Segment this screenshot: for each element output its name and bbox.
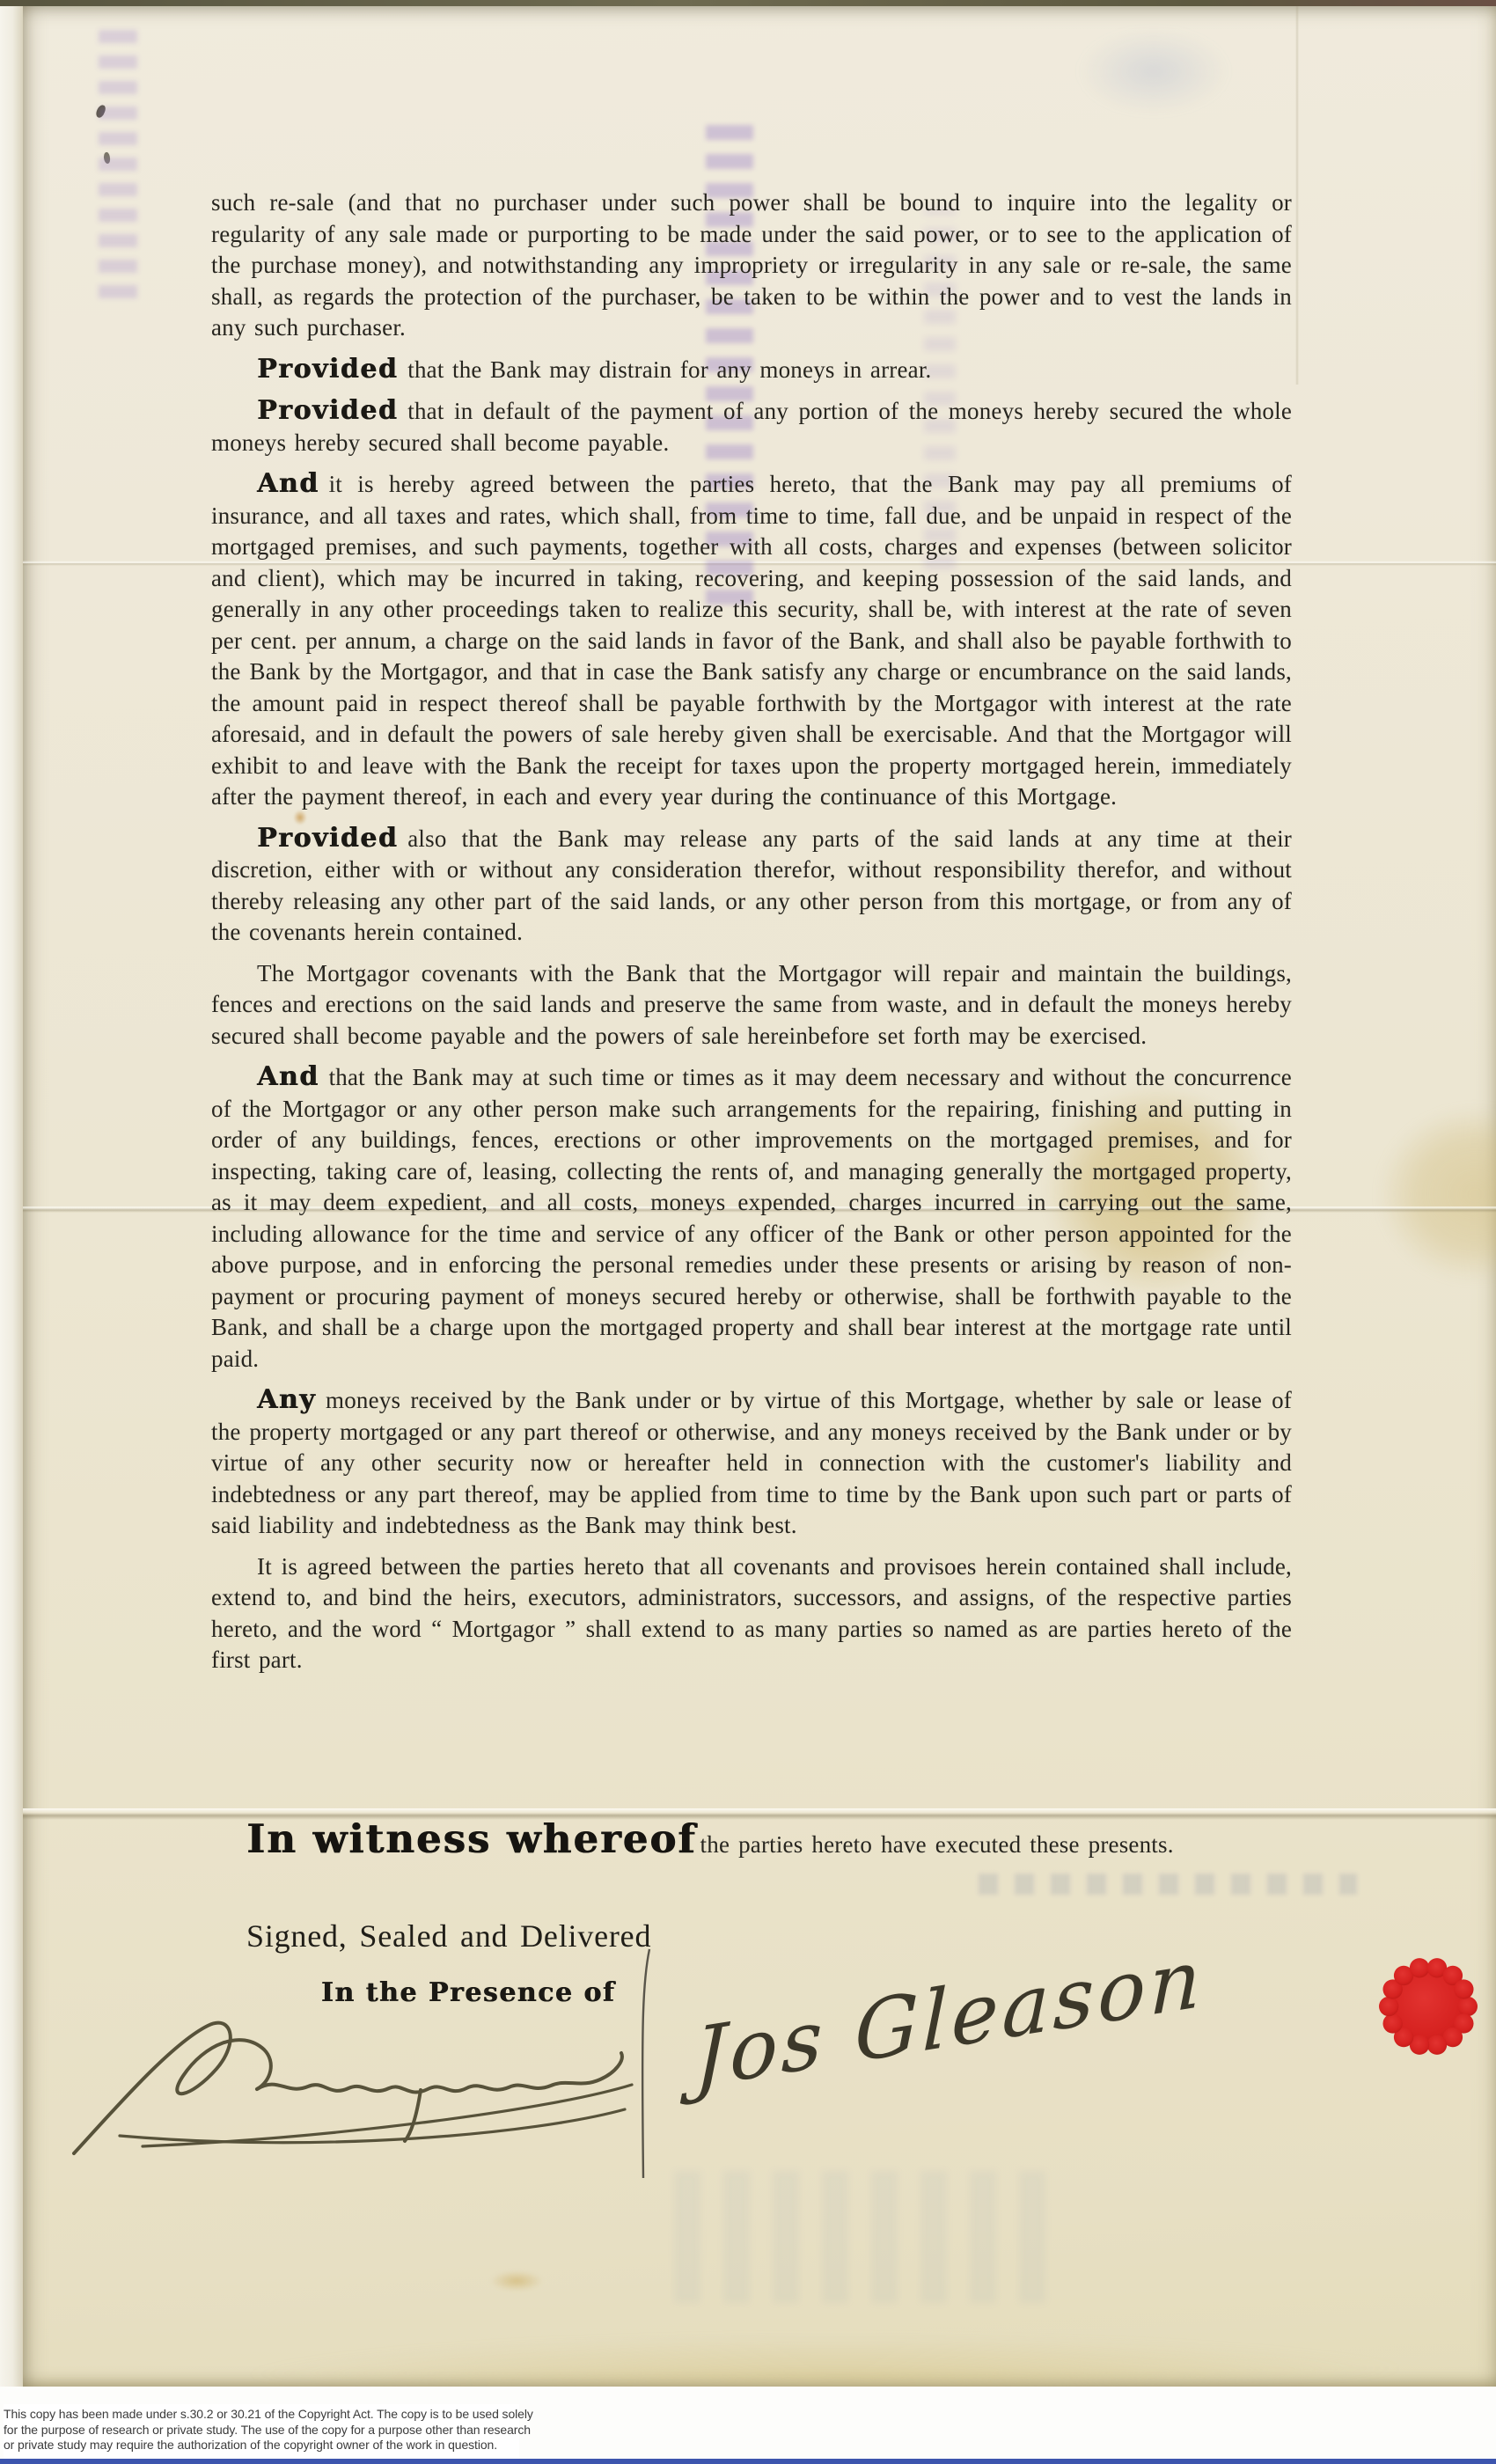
ink-speck — [103, 151, 112, 164]
witness-signature-handwritten — [58, 2002, 656, 2187]
scan-footer-area: This copy has been made under s.30.2 or … — [0, 2387, 1496, 2459]
clause-text: moneys received by the Bank under or by … — [211, 1387, 1292, 1538]
gothic-lead-word: Provided — [257, 354, 407, 385]
copyright-notice: This copy has been made under s.30.2 or … — [4, 2404, 519, 2460]
stain-mark — [488, 2270, 546, 2292]
clause-text: such re-sale (and that no purchaser unde… — [211, 189, 1292, 341]
scan-top-edge — [0, 0, 1496, 6]
witness-clause-text: the parties hereto have executed these p… — [700, 1831, 1174, 1858]
ink-speck — [95, 104, 106, 119]
red-wafer-seal — [1379, 1957, 1478, 2056]
bleedthrough-text-mark — [979, 1874, 1357, 1895]
copyright-line: This copy has been made under s.30.2 or … — [4, 2407, 519, 2423]
clause-text: The Mortgagor covenants with the Bank th… — [211, 960, 1292, 1049]
bleedthrough-smudge — [1079, 29, 1228, 114]
copyright-line: for the purpose of research or private s… — [4, 2423, 519, 2438]
party-signature-handwritten: Jos Gleason — [692, 1920, 1268, 2189]
clause-and-premiums: Andit is hereby agreed between the parti… — [211, 468, 1292, 813]
clause-text: It is agreed between the parties hereto … — [211, 1553, 1292, 1674]
gothic-lead-word: Any — [257, 1384, 326, 1415]
gothic-witness-heading: In witness whereof — [246, 1815, 697, 1862]
clause-mortgagor-covenants: The Mortgagor covenants with the Bank th… — [211, 958, 1292, 1052]
witness-clause: In witness whereof the parties hereto ha… — [246, 1815, 1338, 1862]
bleedthrough-text-mark — [674, 2171, 1052, 2303]
clause-text: it is hereby agreed between the parties … — [211, 471, 1292, 810]
clause-provided-distrain: Providedthat the Bank may distrain for a… — [211, 354, 1292, 386]
clause-covenants-bind-heirs: It is agreed between the parties hereto … — [211, 1551, 1292, 1676]
gothic-lead-word: Provided — [257, 395, 407, 426]
clause-resale-continuation: such re-sale (and that no purchaser unde… — [211, 187, 1292, 344]
clause-any-moneys: Anymoneys received by the Bank under or … — [211, 1384, 1292, 1542]
stain-mark — [93, 2321, 1448, 2384]
clause-provided-release: Providedalso that the Bank may release a… — [211, 823, 1292, 949]
copyright-line: or private study may require the authori… — [4, 2438, 519, 2453]
fold-crease — [1295, 6, 1299, 385]
paper-sheet: such re-sale (and that no purchaser unde… — [23, 6, 1496, 2387]
clause-text: that the Bank may distrain for any money… — [407, 356, 931, 383]
footer-blue-bar — [0, 2459, 1496, 2464]
clause-provided-default: Providedthat in default of the payment o… — [211, 395, 1292, 458]
signed-sealed-delivered-label: Signed, Sealed and Delivered — [246, 1918, 651, 1954]
clause-and-repairs: Andthat the Bank may at such time or tim… — [211, 1061, 1292, 1375]
gothic-lead-word: And — [257, 1061, 329, 1092]
scanned-mortgage-page: such re-sale (and that no purchaser unde… — [0, 0, 1496, 2464]
gothic-lead-word: And — [257, 468, 329, 499]
mortgage-clauses: such re-sale (and that no purchaser unde… — [211, 187, 1292, 1686]
stain-mark — [1378, 1106, 1496, 1282]
scan-left-margin — [0, 6, 23, 2387]
clause-text: that the Bank may at such time or times … — [211, 1064, 1292, 1372]
gothic-lead-word: Provided — [257, 823, 407, 854]
